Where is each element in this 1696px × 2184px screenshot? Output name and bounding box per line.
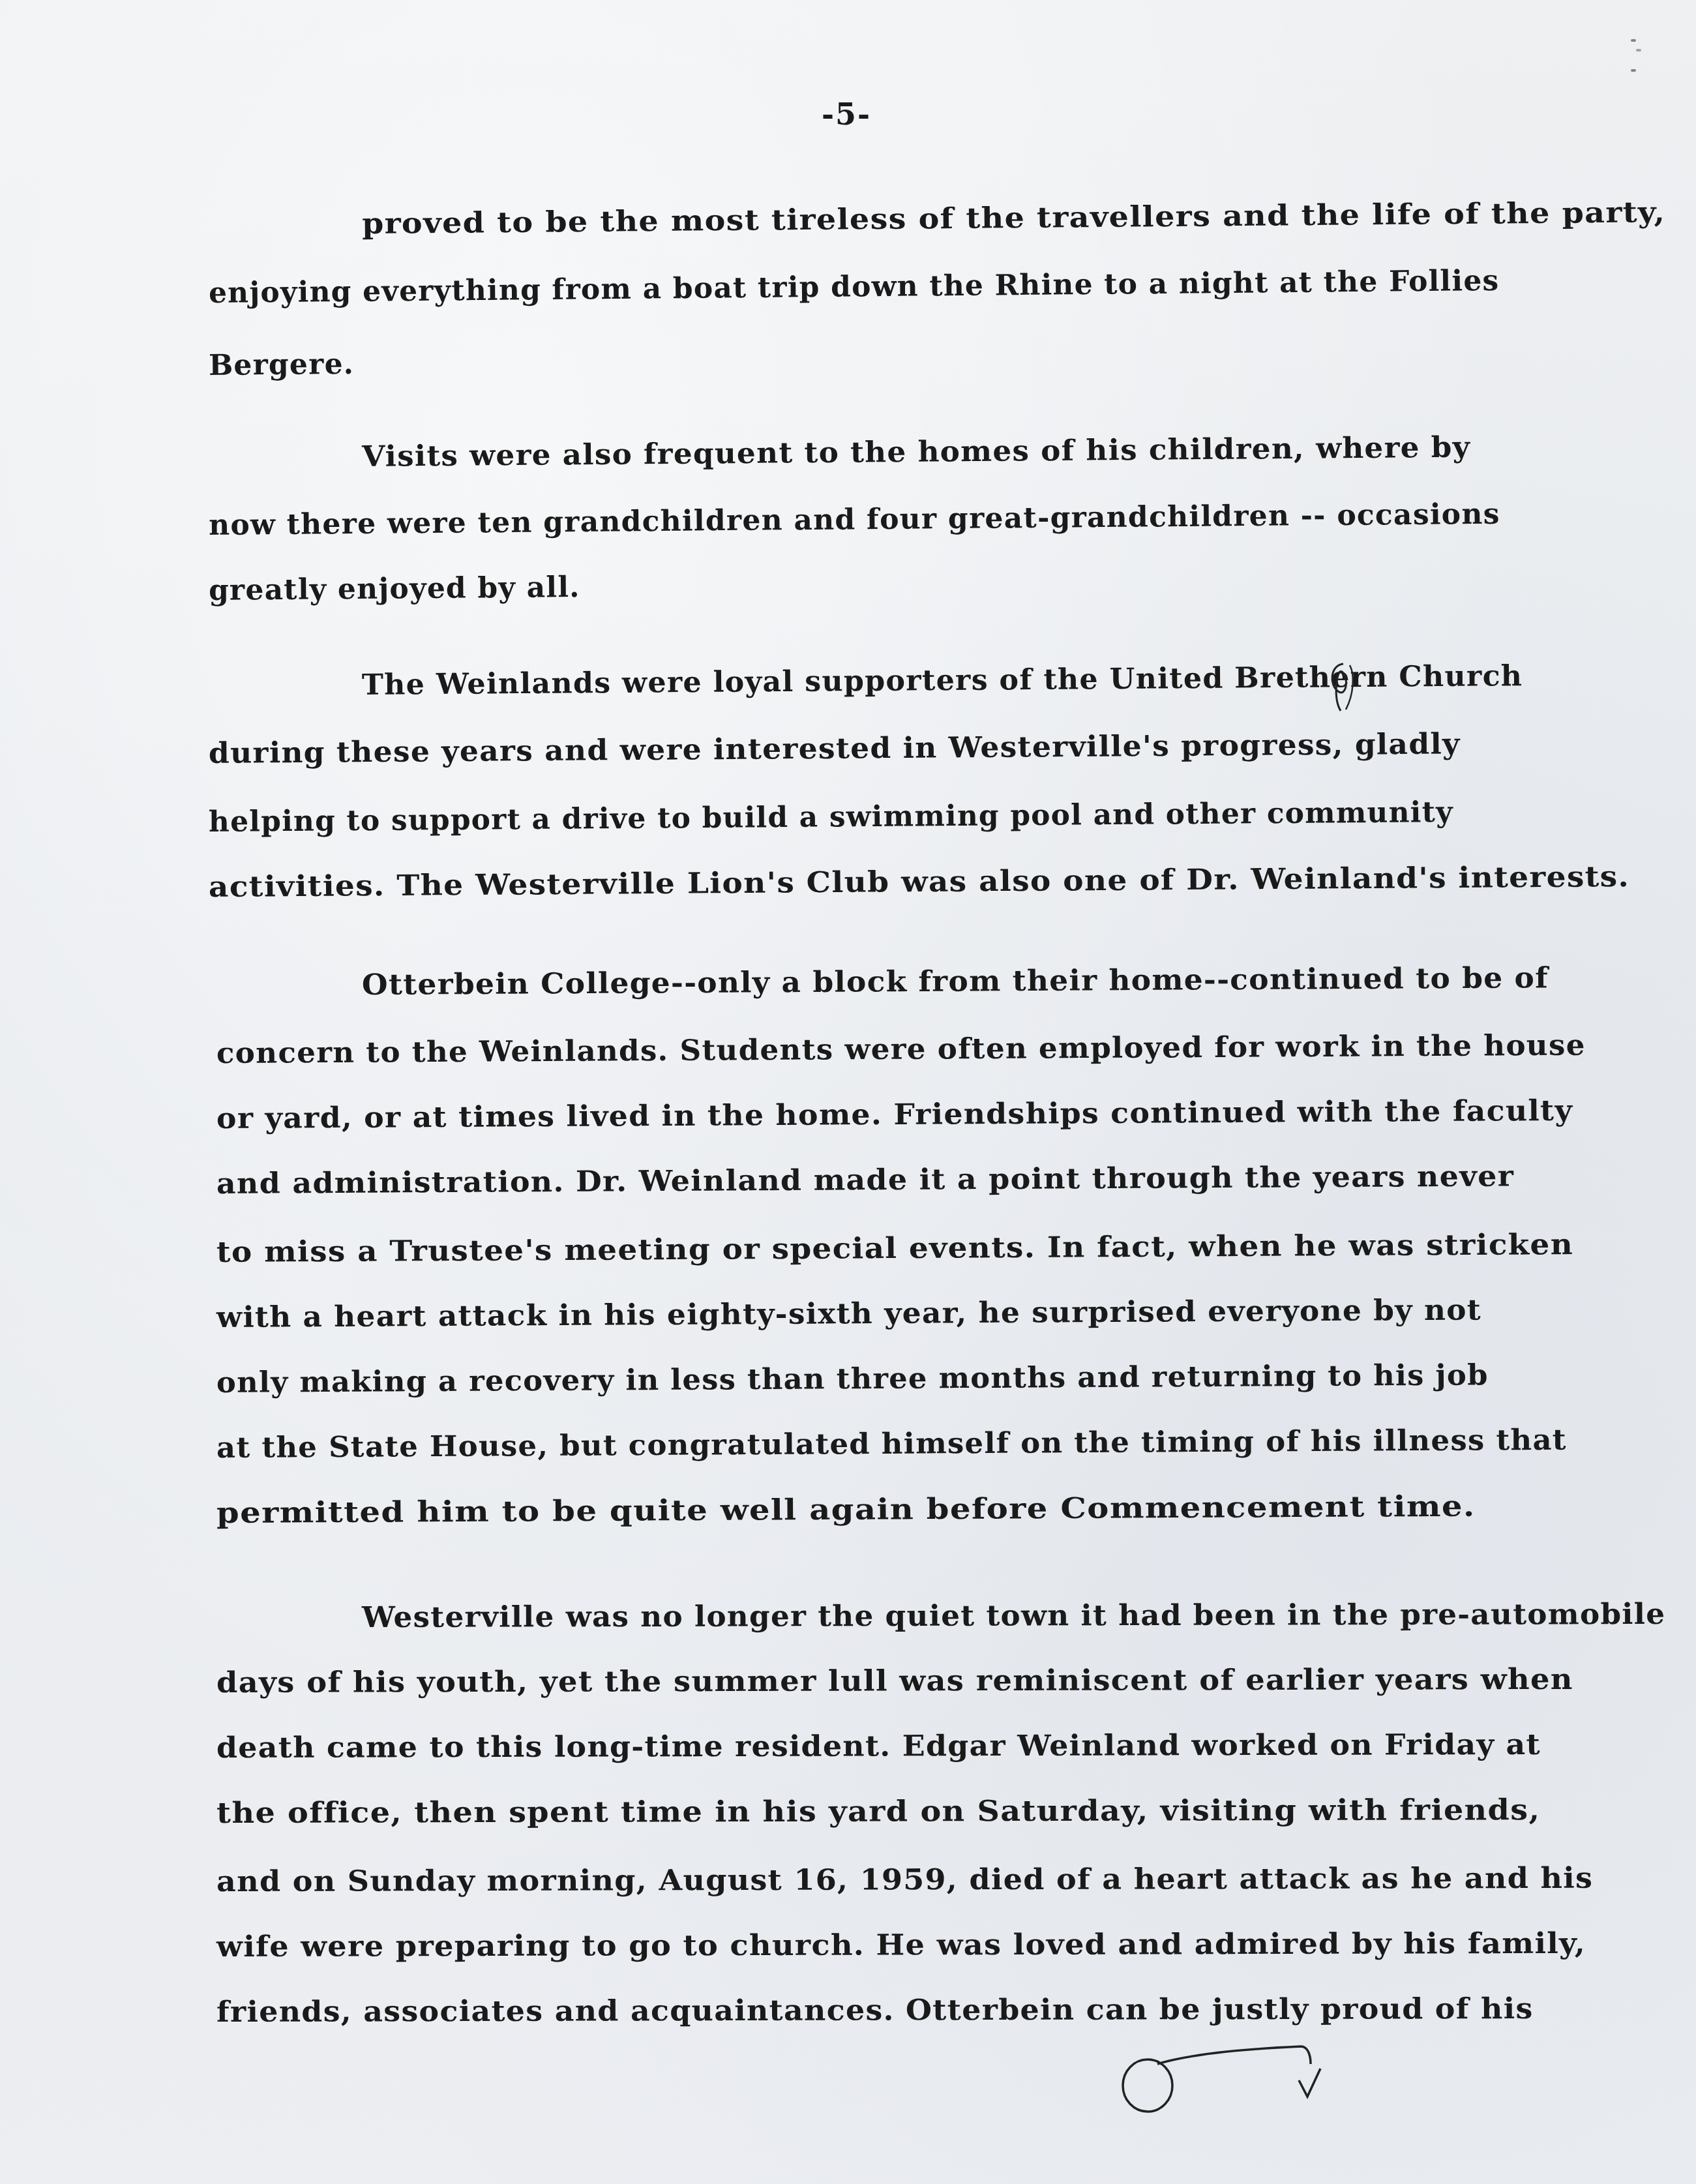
- page-number: -5-: [822, 97, 871, 132]
- text-line: and on Sunday morning, August 16, 1959, …: [216, 1862, 1593, 1898]
- text-line: the office, then spent time in his yard …: [216, 1793, 1540, 1830]
- text-line: Otterbein College--only a block from the…: [362, 961, 1549, 1002]
- text-line: friends, associates and acquaintances. O…: [216, 1992, 1534, 2029]
- text-line: death came to this long-time resident. E…: [216, 1728, 1541, 1765]
- text-line: Bergere.: [209, 348, 355, 382]
- text-line: wife were preparing to go to church. He …: [216, 1927, 1586, 1964]
- paper-specks: [1592, 13, 1670, 91]
- text-line: days of his youth, yet the summer lull w…: [216, 1663, 1573, 1699]
- text-line: permitted him to be quite well again bef…: [216, 1490, 1476, 1530]
- text-line: greatly enjoyed by all.: [209, 571, 580, 607]
- paper-background: [0, 0, 1696, 2184]
- text-line: Westerville was no longer the quiet town…: [362, 1598, 1665, 1634]
